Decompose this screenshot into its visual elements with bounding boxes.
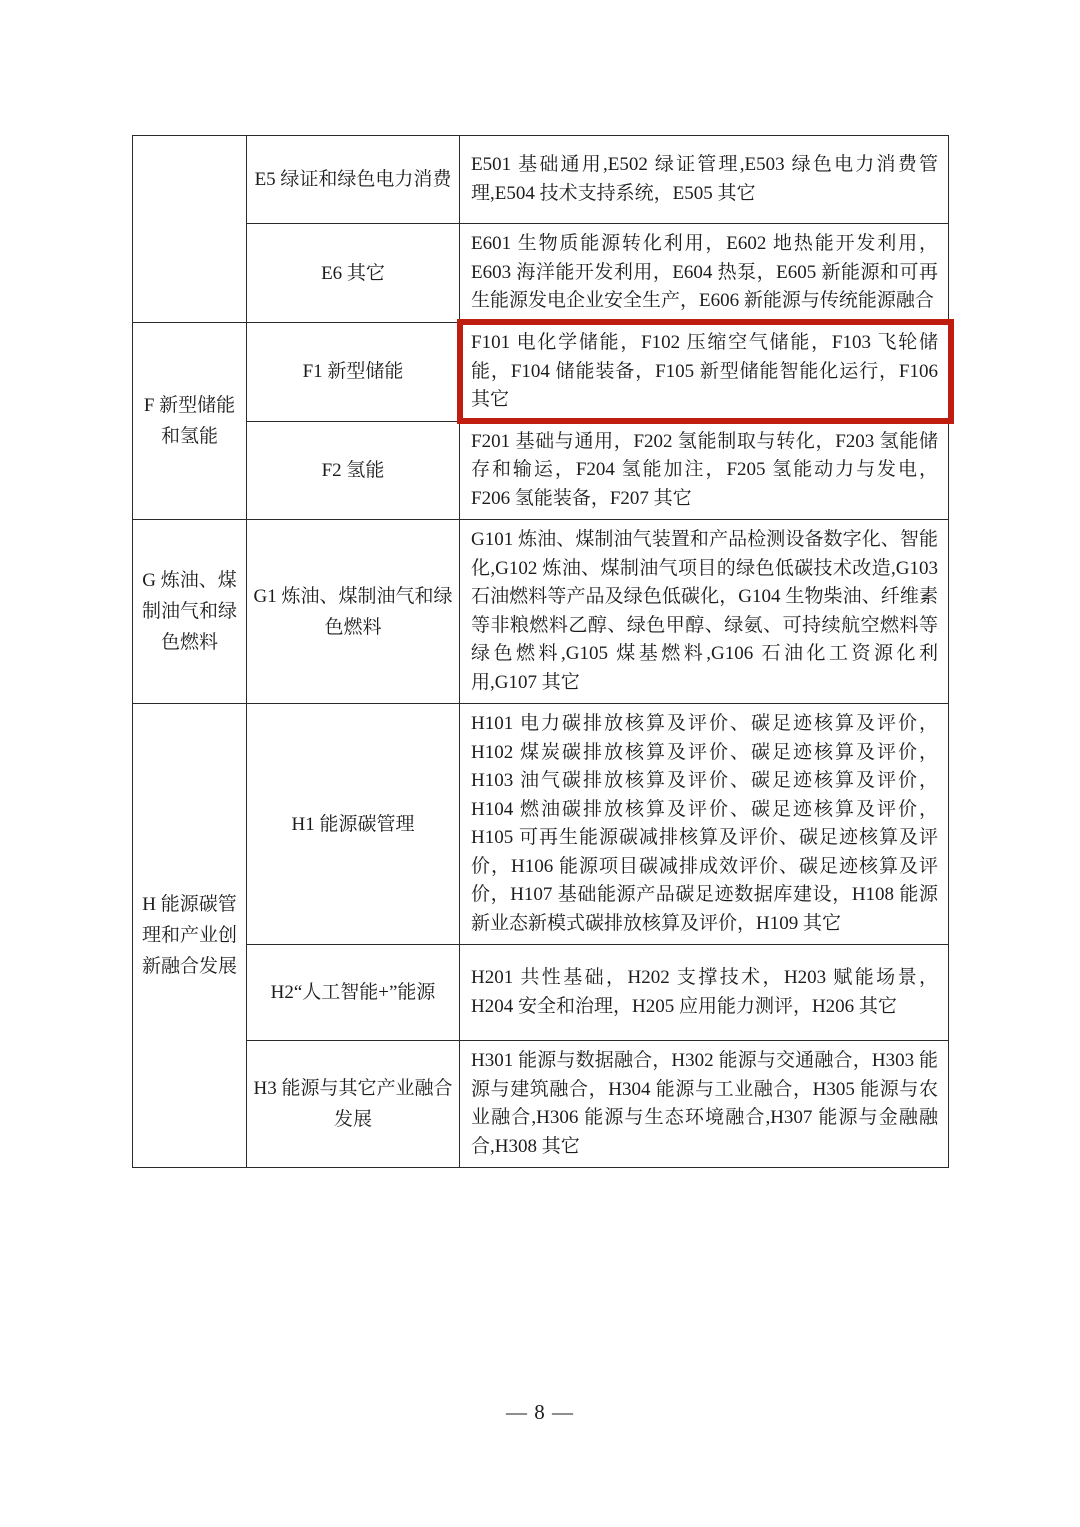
content-cell-h2: H201 共性基础，H202 支撑技术，H203 赋能场景，H204 安全和治理… [460, 945, 949, 1041]
subcategory-label: F1 新型储能 [303, 361, 404, 382]
group-cell-h: H 能源碳管理和产业创新融合发展 [133, 704, 247, 1168]
subcategory-cell-e6: E6 其它 [247, 224, 460, 323]
table-row: F 新型储能和氢能 F1 新型储能 F101 电化学储能，F102 压缩空气储能… [133, 323, 949, 422]
content-text: E601 生物质能源转化利用，E602 地热能开发利用，E603 海洋能开发利用… [471, 233, 938, 311]
content-text: G101 炼油、煤制油气装置和产品检测设备数字化、智能化,G102 炼油、煤制油… [471, 529, 938, 693]
subcategory-label: H1 能源碳管理 [292, 814, 415, 835]
content-text: H101 电力碳排放核算及评价、碳足迹核算及评价，H102 煤炭碳排放核算及评价… [471, 713, 938, 934]
content-text: F201 基础与通用，F202 氢能制取与转化，F203 氢能储存和输运，F20… [471, 431, 938, 509]
subcategory-label: G1 炼油、煤制油气和绿色燃料 [254, 586, 453, 638]
subcategory-cell-f2: F2 氢能 [247, 421, 460, 520]
content-cell-h3: H301 能源与数据融合，H302 能源与交通融合，H303 能源与建筑融合，H… [460, 1041, 949, 1168]
subcategory-label: F2 氢能 [322, 460, 385, 481]
content-cell-h1: H101 电力碳排放核算及评价、碳足迹核算及评价，H102 煤炭碳排放核算及评价… [460, 704, 949, 945]
category-table: E5 绿证和绿色电力消费 E501 基础通用,E502 绿证管理,E503 绿色… [132, 135, 949, 1168]
subcategory-cell-h1: H1 能源碳管理 [247, 704, 460, 945]
subcategory-label: H2“人工智能+”能源 [271, 982, 436, 1003]
table-row: H3 能源与其它产业融合发展 H301 能源与数据融合，H302 能源与交通融合… [133, 1041, 949, 1168]
subcategory-cell-f1: F1 新型储能 [247, 323, 460, 422]
table-row: E6 其它 E601 生物质能源转化利用，E602 地热能开发利用，E603 海… [133, 224, 949, 323]
content-cell-f1: F101 电化学储能，F102 压缩空气储能，F103 飞轮储能，F104 储能… [460, 323, 949, 422]
document-page: E5 绿证和绿色电力消费 E501 基础通用,E502 绿证管理,E503 绿色… [0, 0, 1080, 1527]
subcategory-cell-g1: G1 炼油、煤制油气和绿色燃料 [247, 520, 460, 704]
content-text: H201 共性基础，H202 支撑技术，H203 赋能场景，H204 安全和治理… [471, 967, 938, 1017]
subcategory-label: E5 绿证和绿色电力消费 [255, 169, 452, 190]
content-text: E501 基础通用,E502 绿证管理,E503 绿色电力消费管理,E504 技… [471, 154, 938, 204]
subcategory-cell-h3: H3 能源与其它产业融合发展 [247, 1041, 460, 1168]
content-cell-g1: G101 炼油、煤制油气装置和产品检测设备数字化、智能化,G102 炼油、煤制油… [460, 520, 949, 704]
group-cell-g: G 炼油、煤制油气和绿色燃料 [133, 520, 247, 704]
subcategory-cell-h2: H2“人工智能+”能源 [247, 945, 460, 1041]
group-cell-e [133, 136, 247, 323]
table-row: H2“人工智能+”能源 H201 共性基础，H202 支撑技术，H203 赋能场… [133, 945, 949, 1041]
table-row: H 能源碳管理和产业创新融合发展 H1 能源碳管理 H101 电力碳排放核算及评… [133, 704, 949, 945]
content-cell-f2: F201 基础与通用，F202 氢能制取与转化，F203 氢能储存和输运，F20… [460, 421, 949, 520]
subcategory-cell-e5: E5 绿证和绿色电力消费 [247, 136, 460, 224]
subcategory-label: H3 能源与其它产业融合发展 [254, 1078, 453, 1130]
table-row: E5 绿证和绿色电力消费 E501 基础通用,E502 绿证管理,E503 绿色… [133, 136, 949, 224]
table-row: F2 氢能 F201 基础与通用，F202 氢能制取与转化，F203 氢能储存和… [133, 421, 949, 520]
group-cell-f: F 新型储能和氢能 [133, 323, 247, 520]
content-text: H301 能源与数据融合，H302 能源与交通融合，H303 能源与建筑融合，H… [471, 1050, 938, 1157]
table-row: G 炼油、煤制油气和绿色燃料 G1 炼油、煤制油气和绿色燃料 G101 炼油、煤… [133, 520, 949, 704]
content-text: F101 电化学储能，F102 压缩空气储能，F103 飞轮储能，F104 储能… [471, 332, 938, 410]
content-cell-e6: E601 生物质能源转化利用，E602 地热能开发利用，E603 海洋能开发利用… [460, 224, 949, 323]
page-number: — 8 — [0, 1400, 1080, 1425]
subcategory-label: E6 其它 [321, 263, 385, 284]
content-cell-e5: E501 基础通用,E502 绿证管理,E503 绿色电力消费管理,E504 技… [460, 136, 949, 224]
